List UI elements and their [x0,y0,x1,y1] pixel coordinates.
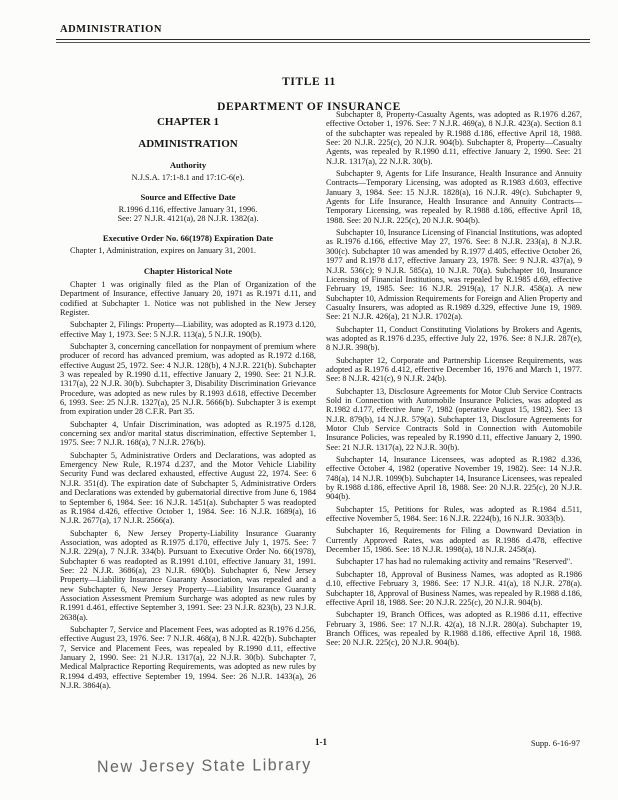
historical-note-paragraph: Subchapter 2, Filings: Property—Liabilit… [60,320,316,339]
historical-note-paragraph: Subchapter 4, Unfair Discrimination, was… [60,420,316,448]
chapter-name: ADMINISTRATION [60,140,316,149]
historical-note-paragraph: Subchapter 11, Conduct Constituting Viol… [326,325,582,353]
historical-note-paragraph: Subchapter 10, Insurance Licensing of Fi… [326,228,582,321]
running-header-title: ADMINISTRATION [60,24,590,35]
historical-note-paragraph: Subchapter 16, Requirements for Filing a… [326,526,582,554]
title-number: TITLE 11 [0,76,618,88]
historical-note-paragraph: Chapter 1 was originally filed as the Pl… [60,280,316,317]
historical-note-paragraph: Subchapter 12, Corporate and Partnership… [326,356,582,384]
title-block: TITLE 11 DEPARTMENT OF INSURANCE [0,76,618,113]
historical-note-paragraph: Subchapter 9, Agents for Life Insurance,… [326,169,582,225]
historical-note-paragraph: Subchapter 15, Petitions for Rules, was … [326,505,582,524]
historical-note-paragraph: Subchapter 19, Branch Offices, was adopt… [326,610,582,647]
expiration-text: Chapter 1, Administration, expires on Ja… [60,246,316,255]
historical-note-paragraph: Subchapter 17 has had no rulemaking acti… [326,557,582,566]
source-see-line: See: 27 N.J.R. 4121(a), 28 N.J.R. 1382(a… [60,214,316,223]
historical-note-paragraph: Subchapter 7, Service and Placement Fees… [60,625,316,690]
historical-note-heading: Chapter Historical Note [60,267,316,276]
authority-heading: Authority [60,161,316,170]
source-effective-date-heading: Source and Effective Date [60,193,316,202]
library-stamp: New Jersey State Library [97,756,312,777]
left-column: CHAPTER 1 ADMINISTRATION Authority N.J.S… [60,110,316,693]
historical-note-paragraph: Subchapter 14, Insurance Licensees, was … [326,455,582,502]
historical-note-right: Subchapter 8, Property-Casualty Agents, … [326,110,582,648]
running-header: ADMINISTRATION [56,24,590,43]
historical-note-paragraph: Subchapter 3, concerning cancellation fo… [60,342,316,417]
two-column-body: CHAPTER 1 ADMINISTRATION Authority N.J.S… [60,110,582,693]
historical-note-paragraph: Subchapter 13, Disclosure Agreements for… [326,387,582,452]
chapter-number: CHAPTER 1 [60,118,316,127]
header-rule-thick [56,39,590,40]
page-number: 1-1 [60,737,582,747]
historical-note-paragraph: Subchapter 8, Property-Casualty Agents, … [326,110,582,166]
source-line: R.1996 d.116, effective January 31, 1996… [60,205,316,214]
historical-note-paragraph: Subchapter 6, New Jersey Property-Liabil… [60,529,316,622]
expiration-date-heading: Executive Order No. 66(1978) Expiration … [60,234,316,243]
header-rule-thin [56,42,590,43]
document-page: ADMINISTRATION TITLE 11 DEPARTMENT OF IN… [0,0,618,800]
historical-note-paragraph: Subchapter 18, Approval of Business Name… [326,570,582,607]
historical-note-paragraph: Subchapter 5, Administrative Orders and … [60,451,316,526]
historical-note-left: Chapter 1 was originally filed as the Pl… [60,280,316,690]
right-column: Subchapter 8, Property-Casualty Agents, … [326,110,582,693]
authority-citation: N.J.S.A. 17:1-8.1 and 17:1C-6(e). [60,173,316,182]
supplement-date: Supp. 6-16-97 [531,738,580,748]
